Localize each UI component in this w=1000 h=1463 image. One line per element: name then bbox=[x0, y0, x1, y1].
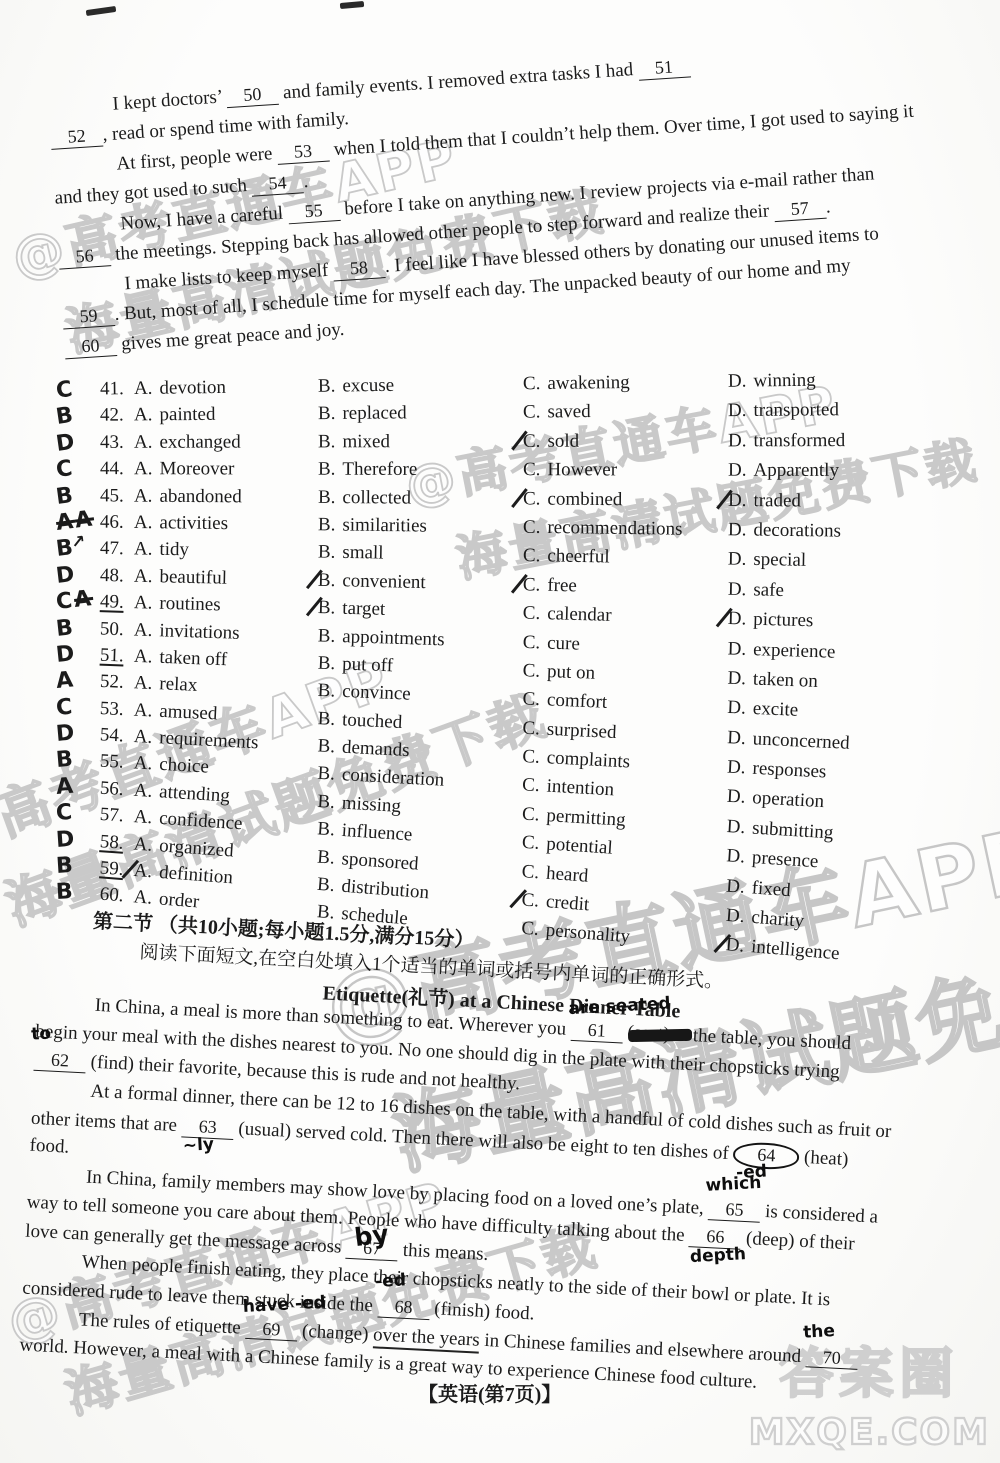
underlined-phrase: over the years bbox=[373, 1324, 481, 1353]
handwritten-mark: A bbox=[55, 668, 76, 695]
option-41-d: D.winning bbox=[728, 368, 956, 393]
option-48-c: C.free bbox=[523, 574, 728, 601]
option-letter: C. bbox=[523, 431, 540, 453]
option-letter: A. bbox=[133, 726, 153, 749]
blank-number: 65 bbox=[725, 1199, 744, 1220]
option-text: unconcerned bbox=[752, 728, 850, 753]
option-letter: C. bbox=[521, 832, 540, 855]
option-44-b: B.Therefore bbox=[318, 459, 523, 482]
question-number: 57. bbox=[99, 804, 134, 828]
option-text: sold bbox=[547, 431, 579, 452]
option-letter: B. bbox=[318, 542, 336, 564]
option-letter: D. bbox=[727, 757, 747, 780]
option-text: attending bbox=[159, 781, 231, 806]
option-text: complaints bbox=[546, 747, 630, 772]
option-letter: B. bbox=[316, 874, 335, 897]
blank-number: 66 bbox=[706, 1226, 725, 1247]
cloze-blank-64: 64-ed bbox=[733, 1142, 800, 1171]
option-row-44: C44.A.MoreoverB.ThereforeC.HoweverD.Appa… bbox=[56, 455, 956, 484]
option-46-c: C.recommendations bbox=[523, 517, 728, 542]
option-text: Moreover bbox=[159, 458, 234, 479]
option-letter: C. bbox=[523, 402, 541, 424]
option-text: demands bbox=[342, 737, 411, 761]
question-number: 50. bbox=[100, 618, 135, 641]
handwritten-mark: B bbox=[54, 403, 76, 430]
option-text: excite bbox=[752, 698, 798, 721]
blank-number: 60 bbox=[81, 335, 100, 356]
handwritten-mark: D bbox=[55, 826, 77, 852]
option-letter: A. bbox=[134, 619, 153, 642]
option-letter: D. bbox=[725, 905, 745, 928]
option-text: credit bbox=[545, 891, 590, 915]
option-50-d: D.experience bbox=[727, 638, 956, 667]
cloze-blank-66: 66depth bbox=[689, 1226, 742, 1250]
option-letter: B. bbox=[318, 459, 335, 481]
option-letter: C. bbox=[522, 775, 541, 798]
cloze-blank-50: 50 bbox=[226, 84, 279, 108]
question-number: 47. bbox=[100, 538, 134, 561]
option-letter: D. bbox=[727, 697, 746, 720]
handwritten-answer-51: D bbox=[55, 639, 101, 668]
option-text: traded bbox=[753, 490, 801, 511]
handwritten-mark: C bbox=[55, 694, 75, 721]
page-footer-label: 【英语(第7页)】 bbox=[418, 1378, 561, 1407]
option-letter: B. bbox=[317, 819, 336, 842]
option-letter: B. bbox=[317, 791, 336, 814]
option-letter: A. bbox=[134, 565, 153, 587]
option-letter: D. bbox=[727, 668, 746, 691]
handwritten-mark: A bbox=[55, 773, 76, 799]
option-letter: D. bbox=[728, 460, 747, 482]
handwritten-answer-57: C bbox=[55, 798, 101, 826]
option-letter: D. bbox=[728, 579, 747, 601]
question-number: 49. bbox=[100, 591, 135, 614]
option-42-a: 42.A.painted bbox=[100, 403, 318, 427]
cloze-blank-59: 59 bbox=[62, 305, 115, 329]
option-letter: A. bbox=[134, 512, 153, 534]
option-text: activities bbox=[159, 512, 228, 534]
handwritten-answer-59: B bbox=[55, 851, 101, 879]
option-text: fixed bbox=[751, 877, 791, 901]
option-text: operation bbox=[752, 788, 825, 813]
cloze-blank-69: 69have -ed bbox=[245, 1318, 298, 1342]
cloze-blank-60: 60 bbox=[64, 335, 117, 359]
handwritten-mark: C bbox=[55, 800, 75, 826]
option-text: painted bbox=[159, 404, 215, 425]
option-text: tidy bbox=[159, 539, 189, 561]
handwriting-note: -ed bbox=[374, 1272, 406, 1291]
text-run: food. bbox=[29, 1135, 70, 1158]
option-47-c: C.cheerful bbox=[523, 545, 728, 571]
option-letter: C. bbox=[523, 488, 541, 510]
option-49-a: 49.A.routines bbox=[100, 591, 319, 619]
handwriting-note: which bbox=[705, 1174, 762, 1195]
option-letter: B. bbox=[317, 625, 335, 648]
cloze-blank-63: 63~ly bbox=[181, 1117, 234, 1141]
option-letter: D. bbox=[726, 846, 746, 869]
handwritten-mark: B bbox=[55, 853, 75, 879]
option-text: put off bbox=[342, 653, 394, 676]
option-42-b: B.replaced bbox=[318, 402, 523, 426]
handwritten-answer-55: B bbox=[55, 745, 101, 774]
option-43-b: B.mixed bbox=[318, 431, 523, 454]
option-letter: D. bbox=[728, 549, 747, 571]
handwritten-mark: B bbox=[55, 879, 75, 905]
option-44-d: D.Apparently bbox=[728, 460, 956, 483]
option-letter: A. bbox=[133, 780, 153, 803]
option-text: winning bbox=[753, 370, 816, 392]
option-letter: D. bbox=[728, 519, 747, 541]
question-number: 56. bbox=[99, 778, 134, 802]
option-letter: C. bbox=[522, 689, 540, 712]
option-letter: B. bbox=[318, 597, 336, 619]
option-text: combined bbox=[547, 488, 622, 510]
option-text: devotion bbox=[159, 377, 226, 399]
blank-number: 69 bbox=[262, 1318, 281, 1339]
option-text: routines bbox=[159, 593, 221, 616]
option-text: responses bbox=[752, 758, 827, 783]
option-text: taken off bbox=[159, 647, 227, 670]
options-grid: C41.A.devotionB.excuseC.awakeningD.winni… bbox=[56, 376, 956, 904]
option-46-a: 46.A.activities bbox=[100, 511, 318, 536]
option-text: cheerful bbox=[547, 546, 610, 568]
handwriting-note: have -ed bbox=[242, 1294, 326, 1316]
option-41-b: B.excuse bbox=[318, 373, 523, 398]
handwritten-mark: B bbox=[55, 482, 77, 509]
handwritten-mark: D bbox=[55, 720, 77, 747]
option-text: replaced bbox=[342, 403, 406, 424]
option-43-c: C.sold bbox=[523, 430, 728, 453]
text-run: I kept doctors’ bbox=[112, 86, 227, 115]
option-text: small bbox=[342, 542, 384, 564]
question-number: 42. bbox=[100, 405, 134, 427]
handwriting-note: ~ly bbox=[182, 1137, 214, 1157]
option-text: decorations bbox=[753, 519, 841, 541]
cloze-blank-58: 58 bbox=[332, 257, 385, 281]
option-text: definition bbox=[158, 862, 233, 889]
option-row-43: D43.A.exchangedB.mixedC.soldD.transforme… bbox=[56, 427, 956, 456]
option-text: choice bbox=[159, 754, 210, 778]
option-text: experience bbox=[753, 639, 836, 663]
handwritten-answer-49: CA bbox=[55, 585, 102, 615]
option-50-c: C.cure bbox=[522, 631, 728, 659]
handwritten-mark: ↗ bbox=[70, 532, 89, 554]
option-text: submitting bbox=[752, 817, 834, 843]
option-letter: B. bbox=[318, 403, 336, 425]
option-49-d: D.pictures bbox=[727, 608, 956, 636]
option-letter: C. bbox=[522, 717, 540, 740]
blank-number: 54 bbox=[268, 172, 287, 193]
option-letter: C. bbox=[522, 660, 540, 683]
text-run: (change) bbox=[297, 1320, 374, 1345]
option-letter: A. bbox=[134, 592, 153, 614]
option-text: permitting bbox=[546, 805, 626, 831]
cloze-blank-62: 62to bbox=[33, 1050, 86, 1074]
option-letter: C. bbox=[523, 574, 541, 596]
option-letter: D. bbox=[726, 786, 746, 809]
option-letter: C. bbox=[523, 459, 540, 481]
question-number: 53. bbox=[99, 698, 134, 722]
option-text: special bbox=[753, 549, 806, 571]
handwritten-mark: C bbox=[54, 376, 76, 403]
passage-2: In China, a meal is more than something … bbox=[19, 992, 965, 1410]
handwritten-mark: A bbox=[73, 586, 95, 613]
cloze-blank-68: 68-ed bbox=[377, 1296, 430, 1320]
option-42-c: C.saved bbox=[523, 400, 728, 424]
option-text: exchanged bbox=[159, 431, 240, 452]
option-text: pictures bbox=[753, 609, 814, 632]
handwriting-note: depth bbox=[690, 1246, 747, 1267]
option-text: appointments bbox=[342, 626, 445, 650]
option-46-d: D.decorations bbox=[728, 519, 956, 544]
option-text: Apparently bbox=[753, 460, 839, 481]
option-text: touched bbox=[342, 709, 403, 733]
cloze-blank-70: 70the bbox=[805, 1347, 858, 1371]
handwritten-mark: A bbox=[73, 506, 95, 533]
blank-number: 55 bbox=[304, 200, 323, 221]
handwritten-answer-47: B↗ bbox=[55, 532, 102, 562]
option-letter: B. bbox=[317, 653, 335, 676]
text-run: this means. bbox=[398, 1239, 489, 1265]
question-number: 51. bbox=[100, 645, 135, 668]
handwritten-answer-48: D bbox=[55, 559, 102, 589]
handwriting-note: by bbox=[353, 1221, 390, 1251]
option-48-b: B.convenient bbox=[318, 569, 523, 596]
option-text: distribution bbox=[341, 876, 430, 904]
question-number: 58. bbox=[99, 831, 134, 855]
option-49-b: B.target bbox=[318, 597, 524, 625]
option-letter: A. bbox=[134, 378, 153, 400]
option-text: presence bbox=[751, 847, 819, 872]
option-text: relax bbox=[159, 674, 198, 697]
option-44-a: 44.A.Moreover bbox=[100, 458, 318, 481]
option-text: invitations bbox=[159, 620, 240, 644]
option-45-b: B.collected bbox=[318, 486, 523, 510]
option-text: convince bbox=[342, 681, 411, 705]
option-letter: B. bbox=[318, 569, 336, 591]
option-text: collected bbox=[342, 487, 411, 509]
handwritten-answer-45: B bbox=[55, 479, 102, 510]
option-letter: B. bbox=[318, 486, 336, 508]
question-number: 41. bbox=[100, 378, 134, 400]
handwritten-answer-44: C bbox=[54, 452, 101, 483]
option-letter: D. bbox=[725, 875, 745, 898]
option-52-d: D.excite bbox=[727, 697, 956, 728]
option-letter: A. bbox=[133, 673, 152, 696]
option-text: taken on bbox=[753, 668, 819, 691]
option-letter: C. bbox=[523, 545, 541, 567]
option-text: beautiful bbox=[159, 566, 227, 588]
option-letter: A. bbox=[134, 432, 153, 454]
cloze-blank-54: 54 bbox=[251, 172, 304, 196]
option-letter: B. bbox=[317, 708, 335, 731]
option-letter: D. bbox=[728, 400, 747, 422]
handwritten-mark: B bbox=[55, 615, 76, 642]
option-text: potential bbox=[546, 834, 614, 859]
cloze-blank-55: 55 bbox=[287, 200, 340, 224]
option-letter: A. bbox=[133, 806, 153, 829]
option-text: saved bbox=[547, 401, 590, 422]
option-text: mixed bbox=[342, 431, 390, 452]
option-text: charity bbox=[751, 907, 805, 932]
option-41-c: C.awakening bbox=[523, 371, 728, 396]
question-number: 45. bbox=[100, 485, 134, 507]
option-letter: A. bbox=[133, 860, 153, 883]
option-text: similarities bbox=[342, 514, 427, 536]
option-letter: D. bbox=[727, 608, 746, 630]
handwriting-note: the bbox=[803, 1323, 836, 1343]
handwritten-answer-54: D bbox=[55, 718, 101, 747]
blank-number: 59 bbox=[79, 305, 98, 326]
option-text: convenient bbox=[342, 570, 426, 593]
blank-number: 61 bbox=[587, 1020, 606, 1041]
option-text: confidence bbox=[159, 808, 244, 834]
option-text: transformed bbox=[753, 430, 845, 451]
option-letter: A. bbox=[133, 833, 153, 856]
option-47-b: B.small bbox=[318, 542, 523, 568]
option-text: organized bbox=[158, 835, 234, 861]
option-43-d: D.transformed bbox=[728, 430, 956, 453]
option-48-d: D.safe bbox=[728, 579, 956, 606]
option-text: recommendations bbox=[547, 517, 682, 540]
option-text: put on bbox=[547, 661, 596, 684]
option-letter: D. bbox=[728, 371, 747, 393]
section-2: 第二节 （共10小题;每小题1.5分,满分15分） 阅读下面短文,在空白处填入1… bbox=[19, 902, 969, 1410]
question-number: 54. bbox=[99, 724, 134, 748]
question-number: 44. bbox=[100, 458, 134, 480]
option-letter: D. bbox=[728, 489, 747, 511]
handwritten-mark: D bbox=[55, 641, 78, 668]
option-text: requirements bbox=[159, 727, 259, 753]
option-letter: C. bbox=[522, 631, 540, 654]
option-49-c: C.calendar bbox=[523, 603, 729, 631]
option-text: transported bbox=[753, 400, 839, 422]
option-48-a: 48.A.beautiful bbox=[100, 565, 318, 592]
option-51-d: D.taken on bbox=[727, 668, 956, 698]
blank-number: 52 bbox=[67, 126, 86, 147]
scan-artifact bbox=[86, 6, 117, 16]
option-text: surprised bbox=[546, 719, 617, 743]
option-letter: A. bbox=[134, 539, 153, 561]
option-letter: A. bbox=[133, 699, 152, 722]
cloze-blank-57: 57 bbox=[773, 198, 826, 222]
option-row-42: B42.A.paintedB.replacedC.savedD.transpor… bbox=[56, 396, 956, 429]
question-number: 52. bbox=[99, 671, 134, 694]
option-text: amused bbox=[159, 701, 218, 725]
handwritten-mark: D bbox=[54, 429, 78, 457]
option-text: safe bbox=[753, 579, 784, 601]
option-51-c: C.put on bbox=[522, 660, 728, 689]
passage-1: I kept doctors’ 50 and family events. I … bbox=[48, 38, 969, 367]
option-47-a: 47.A.tidy bbox=[100, 538, 318, 564]
blank-number: 68 bbox=[394, 1296, 413, 1317]
blank-number: 51 bbox=[654, 57, 673, 78]
scanned-exam-page: @高考直通车APP海量高清试题免费下载 @高考直通车APP海量高清试题免费下载 … bbox=[0, 0, 1000, 1463]
text-run: (finish) food. bbox=[429, 1298, 535, 1324]
blank-number: 57 bbox=[790, 198, 809, 219]
text-run: (heat) bbox=[799, 1147, 849, 1170]
option-letter: B. bbox=[318, 514, 336, 536]
text-run: (deep) of their bbox=[741, 1228, 855, 1255]
cloze-blank-65: 65which bbox=[708, 1199, 761, 1223]
question-number: 43. bbox=[100, 432, 134, 454]
cloze-blank-61: 61are seated bbox=[570, 1020, 623, 1044]
handwritten-mark: C bbox=[54, 456, 75, 483]
option-letter: A. bbox=[134, 646, 153, 669]
handwritten-answer-50: B bbox=[55, 612, 101, 642]
option-47-d: D.special bbox=[728, 549, 956, 575]
option-letter: C. bbox=[521, 889, 540, 912]
option-letter: A. bbox=[134, 405, 153, 427]
option-45-c: C.combined bbox=[523, 488, 728, 512]
option-letter: C. bbox=[523, 517, 541, 539]
option-text: awakening bbox=[547, 372, 630, 394]
option-letter: A. bbox=[133, 753, 153, 776]
question-number: 48. bbox=[100, 565, 134, 588]
blank-number: 70 bbox=[822, 1347, 841, 1368]
handwritten-answer-60: B bbox=[55, 878, 100, 906]
option-letter: B. bbox=[318, 431, 335, 453]
cloze-blank-56: 56 bbox=[58, 245, 111, 269]
option-letter: B. bbox=[317, 736, 336, 759]
question-number: 55. bbox=[99, 751, 134, 775]
option-42-d: D.transported bbox=[728, 399, 956, 423]
option-letter: D. bbox=[728, 430, 747, 452]
answer-site-domain: MXQE.COM bbox=[749, 1412, 990, 1453]
scan-artifact bbox=[340, 1, 364, 9]
option-43-a: 43.A.exchanged bbox=[100, 431, 318, 454]
option-50-b: B.appointments bbox=[317, 625, 523, 653]
option-46-b: B.similarities bbox=[318, 514, 523, 539]
option-41-a: 41.A.devotion bbox=[100, 376, 318, 401]
blank-number: 50 bbox=[243, 84, 262, 105]
option-text: consideration bbox=[341, 765, 444, 792]
cloze-blank-53: 53 bbox=[276, 141, 329, 165]
handwritten-answer-56: A bbox=[55, 772, 101, 800]
option-letter: D. bbox=[727, 638, 746, 661]
option-text: excuse bbox=[342, 375, 394, 397]
handwritten-mark: D bbox=[55, 562, 78, 589]
option-text: However bbox=[547, 459, 617, 480]
cloze-blank-51: 51 bbox=[637, 56, 690, 80]
cloze-blank-52: 52 bbox=[50, 125, 103, 149]
handwriting-note: to bbox=[31, 1026, 52, 1045]
option-text: Therefore bbox=[342, 459, 417, 480]
option-text: free bbox=[547, 575, 577, 597]
option-45-a: 45.A.abandoned bbox=[100, 485, 318, 509]
option-letter: C. bbox=[523, 603, 541, 625]
option-text: heard bbox=[545, 862, 589, 886]
option-letter: C. bbox=[523, 373, 541, 395]
blank-number: 62 bbox=[51, 1050, 70, 1071]
handwritten-mark: B bbox=[55, 747, 76, 773]
option-letter: B. bbox=[317, 846, 336, 869]
blank-number: 56 bbox=[75, 245, 94, 266]
blank-number: 58 bbox=[349, 257, 368, 278]
option-text: sponsored bbox=[341, 848, 419, 874]
option-text: target bbox=[342, 598, 385, 620]
cloze-blank-67: 67by bbox=[346, 1238, 399, 1262]
option-letter: C. bbox=[522, 746, 541, 769]
option-text: missing bbox=[341, 792, 401, 817]
option-letter: B. bbox=[318, 376, 336, 398]
option-text: calendar bbox=[547, 603, 612, 626]
option-letter: D. bbox=[726, 816, 746, 839]
option-letter: B. bbox=[317, 680, 335, 703]
option-letter: D. bbox=[727, 727, 746, 750]
handwritten-answer-52: A bbox=[55, 665, 101, 694]
handwriting-scribble bbox=[628, 1029, 692, 1042]
